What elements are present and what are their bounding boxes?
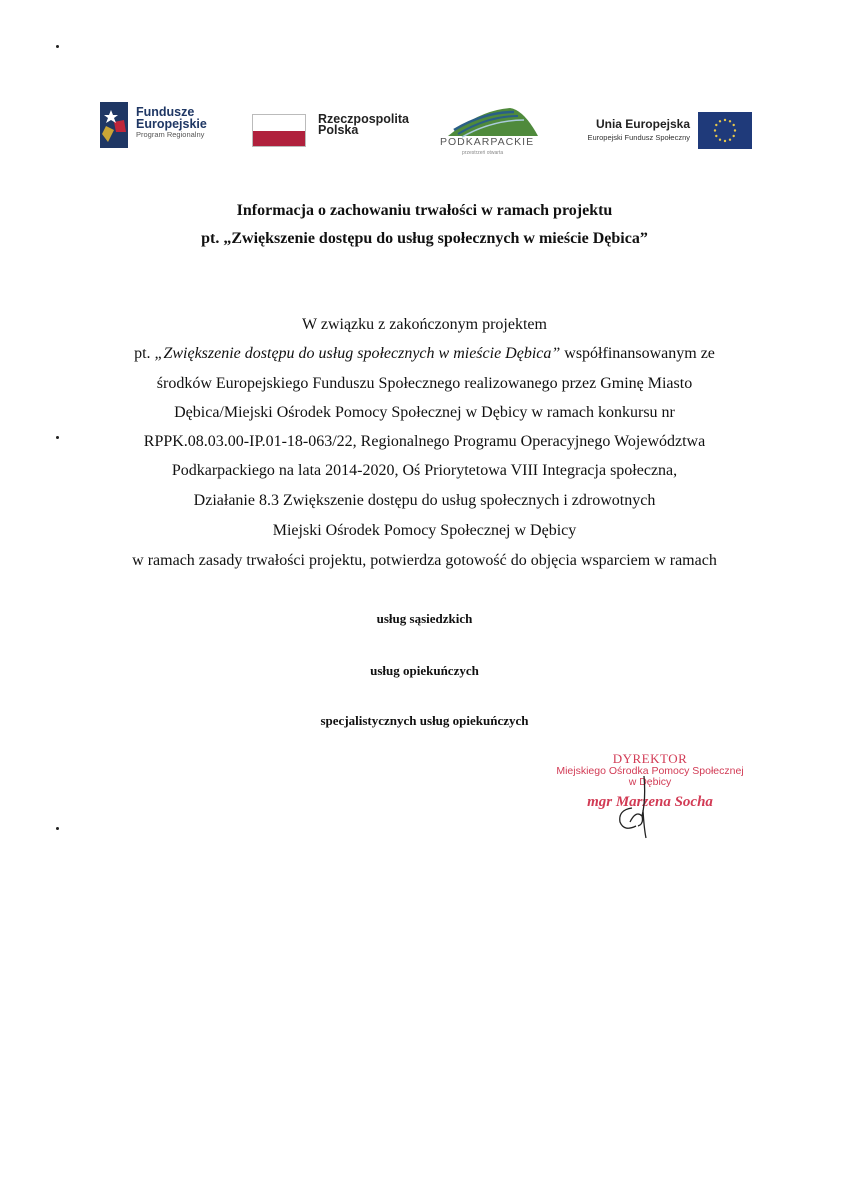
eu-sub: Europejski Fundusz Społeczny	[587, 133, 690, 142]
body-line-6: Podkarpackiego na lata 2014-2020, Oś Pri…	[0, 462, 849, 480]
funds-emblem-icon	[100, 102, 128, 148]
funds-logo: Fundusze Europejskie Program Regionalny	[100, 100, 250, 155]
document-title-line2: pt. „Zwiększenie dostępu do usług społec…	[0, 230, 849, 248]
body-line-3: środków Europejskiego Funduszu Społeczne…	[0, 375, 849, 393]
region-name: PODKARPACKIE	[440, 136, 534, 148]
body-line-9: w ramach zasady trwałości projektu, potw…	[0, 552, 849, 570]
funds-sub: Program Regionalny	[136, 130, 207, 140]
body-line-2-prefix: pt.	[134, 345, 154, 362]
poland-logo: Rzeczpospolita Polska	[252, 100, 412, 155]
eu-flag-icon	[698, 112, 752, 149]
project-name-italic: „Zwiększenie dostępu do usług społecznyc…	[155, 345, 561, 362]
eu-title: Unia Europejska	[596, 117, 690, 131]
poland-line2: Polska	[318, 125, 409, 136]
service-item: usług opiekuńczych	[0, 663, 849, 679]
document-title-line1: Informacja o zachowaniu trwałości w rama…	[0, 202, 849, 220]
body-line-5: RPPK.08.03.00-IP.01-18-063/22, Regionaln…	[0, 433, 849, 451]
region-sub: przestrzeń otwarta	[462, 150, 503, 156]
eu-flag-logo	[698, 100, 754, 155]
margin-dot	[56, 45, 59, 48]
stamp-title: DYREKTOR	[540, 752, 760, 765]
body-line-2-suffix: współfinansowanym ze	[560, 345, 715, 362]
eu-text-logo: Unia Europejska Europejski Fundusz Społe…	[560, 100, 690, 155]
service-item: usług sąsiedzkich	[0, 611, 849, 627]
service-item: specjalistycznych usług opiekuńczych	[0, 713, 849, 729]
body-line-4: Dębica/Miejski Ośrodek Pomocy Społecznej…	[0, 404, 849, 422]
poland-flag-icon	[252, 114, 306, 147]
margin-dot	[56, 827, 59, 830]
header-logos: Fundusze Europejskie Program Regionalny …	[100, 100, 760, 160]
body-line-7: Działanie 8.3 Zwiększenie dostępu do usł…	[0, 492, 849, 510]
funds-line2: Europejskie	[136, 118, 207, 130]
body-line-8: Miejski Ośrodek Pomocy Społecznej w Dębi…	[0, 522, 849, 540]
body-line-1: W związku z zakończonym projektem	[0, 316, 849, 334]
region-logo: PODKARPACKIE przestrzeń otwarta	[440, 100, 550, 158]
signature-icon	[610, 770, 660, 840]
body-line-2: pt. „Zwiększenie dostępu do usług społec…	[0, 345, 849, 363]
mountains-icon	[440, 104, 540, 138]
